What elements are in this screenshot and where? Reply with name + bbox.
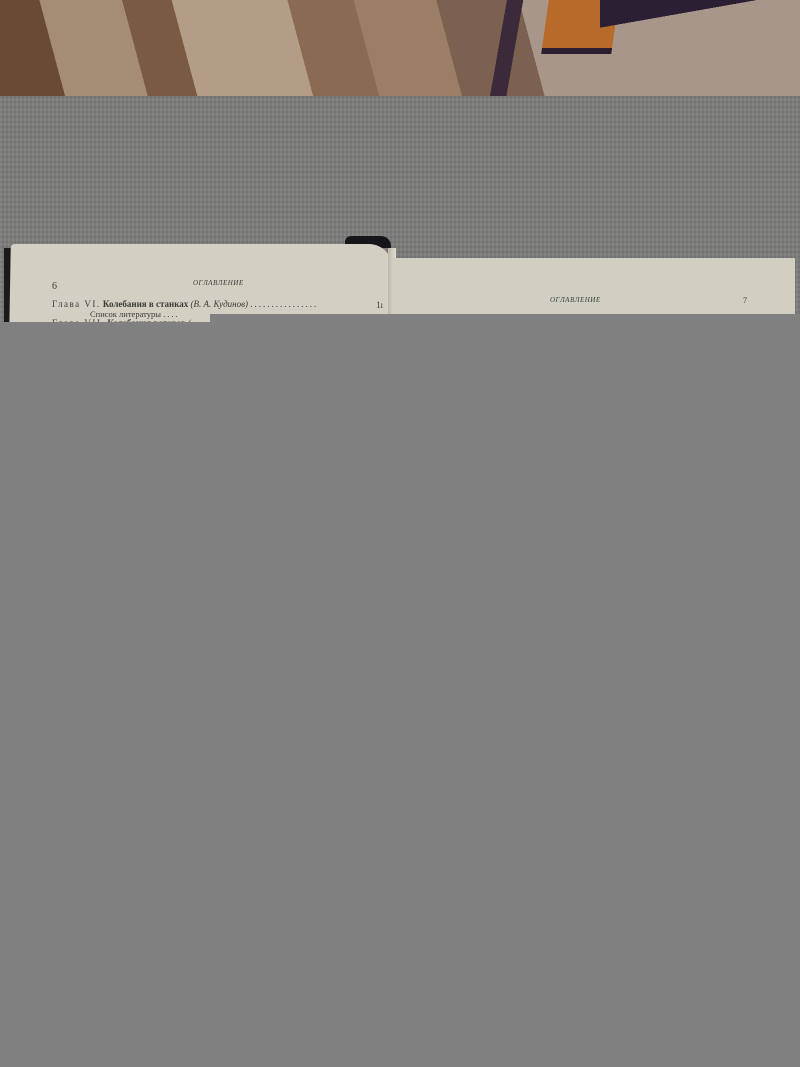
- left-page-number: 6: [52, 281, 57, 292]
- left-page-header: ОГЛАВЛЕНИЕ: [193, 279, 244, 287]
- background-dark-fabric: [600, 0, 800, 34]
- toc-leader-dots: ................: [250, 299, 318, 309]
- toc-chapter-title: Колебания в станках: [103, 299, 188, 309]
- toc-chapter-author: (В. А. Кудинов): [191, 299, 248, 309]
- toc-entry: Глава VI. Колебания в станках (В. А. Куд…: [52, 299, 318, 309]
- grey-mask: [0, 322, 800, 1067]
- right-page-number: 7: [743, 296, 747, 305]
- right-page-header: ОГЛАВЛЕНИЕ: [550, 296, 601, 304]
- toc-chapter-label: Глава VI.: [52, 299, 101, 309]
- toc-page-ref: 1ı: [376, 300, 383, 310]
